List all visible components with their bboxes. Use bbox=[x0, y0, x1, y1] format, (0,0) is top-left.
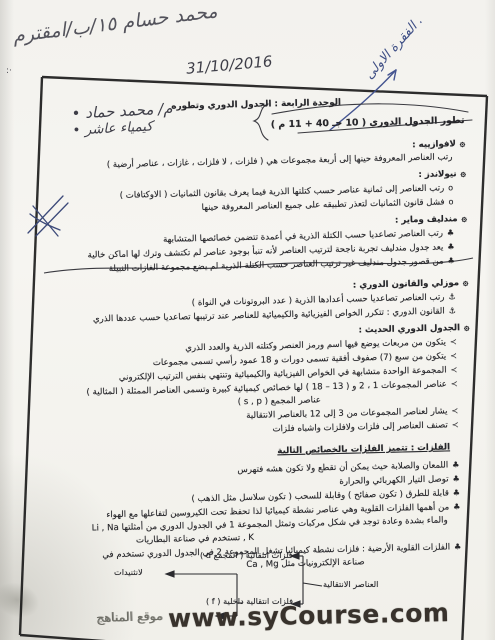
diagram-transition-label: العناصر الانتقالية bbox=[323, 579, 378, 589]
section-title-text: الجدول الدوري الحديث : bbox=[358, 323, 460, 335]
club-bullet-icon: ♣ bbox=[453, 486, 460, 499]
club-bullet-icon: ♣ bbox=[452, 472, 459, 485]
chevron-bullet-icon: ≻ bbox=[450, 335, 457, 348]
unit-title: الوحدة الرابعة : الجدول الدوري وتطوره bbox=[48, 94, 464, 116]
section-title-text: لافوازييه : bbox=[412, 139, 456, 150]
club-bullet-icon: ♣ bbox=[452, 458, 459, 471]
club-bullet-icon: ♣ bbox=[454, 540, 461, 553]
chevron-bullet-icon: ≻ bbox=[451, 404, 458, 417]
item-text: فشل قانون الثمانيات لتعذر تطبيقه على جمي… bbox=[201, 197, 444, 213]
ornament-bullet-icon: ۞ bbox=[464, 322, 470, 335]
handwritten-blue-annotation: الفقرة الاولى . bbox=[362, 0, 452, 82]
scan-smudge bbox=[0, 576, 44, 624]
ornament-bullet-icon: ۞ bbox=[461, 213, 467, 226]
diagram-d-block-label: فلزات انتقالية ( المجمع d ) bbox=[200, 550, 293, 560]
lesson-title: تطور الجدول الدوري ( 10 جـ 40 + 11 م ) bbox=[49, 114, 465, 136]
chevron-bullet-icon: ≻ bbox=[450, 349, 457, 362]
club-bullet-icon: ♣ bbox=[447, 240, 454, 253]
diagram-lanthanides-label: لانثنيدات bbox=[114, 567, 143, 577]
handwritten-student-note: محمد حسام ١٥/ب/امقترم bbox=[12, 0, 263, 47]
ornament-bullet-icon: ۞ bbox=[463, 277, 469, 290]
chevron-bullet-icon: ≻ bbox=[450, 363, 457, 376]
club-bullet-icon: ♣ bbox=[447, 254, 454, 267]
ink-speck: :· bbox=[6, 66, 12, 76]
ornament-bullet-icon: ۞ bbox=[460, 168, 466, 181]
anchor-bullet-icon: ⚓ bbox=[448, 290, 455, 303]
club-bullet-icon: ♣ bbox=[453, 500, 460, 513]
section-title-text: مندليف وماير : bbox=[395, 214, 458, 225]
anchor-bullet-icon: ⚓ bbox=[449, 304, 456, 317]
section-title-text: موزلي والقانون الدوري : bbox=[353, 278, 459, 290]
ornament-bullet-icon: ۞ bbox=[460, 138, 466, 151]
chevron-bullet-icon: ≻ bbox=[452, 418, 459, 431]
watermark-arabic: موقع المناهج bbox=[96, 608, 163, 625]
watermark-site: www.syCourse.com bbox=[168, 598, 450, 633]
circle-bullet-icon: o bbox=[448, 195, 453, 208]
item-text: توصل التيار الكهربائي والحرارة bbox=[339, 474, 449, 486]
scanned-worksheet-page: { "header": { "student_note": "محمد حسام… bbox=[0, 0, 495, 640]
circle-bullet-icon: o bbox=[448, 181, 453, 194]
worksheet-body: الوحدة الرابعة : الجدول الدوري وتطوره تط… bbox=[48, 94, 475, 576]
club-bullet-icon: ♣ bbox=[447, 226, 454, 239]
item-text: تصنف العناصر إلى فلزات ولافلزات واشباه ف… bbox=[272, 420, 448, 434]
handwritten-date: 31/10/2016 bbox=[185, 52, 273, 77]
section-title-text: نيولاندز : bbox=[418, 169, 456, 180]
chevron-bullet-icon: ≻ bbox=[451, 377, 458, 390]
